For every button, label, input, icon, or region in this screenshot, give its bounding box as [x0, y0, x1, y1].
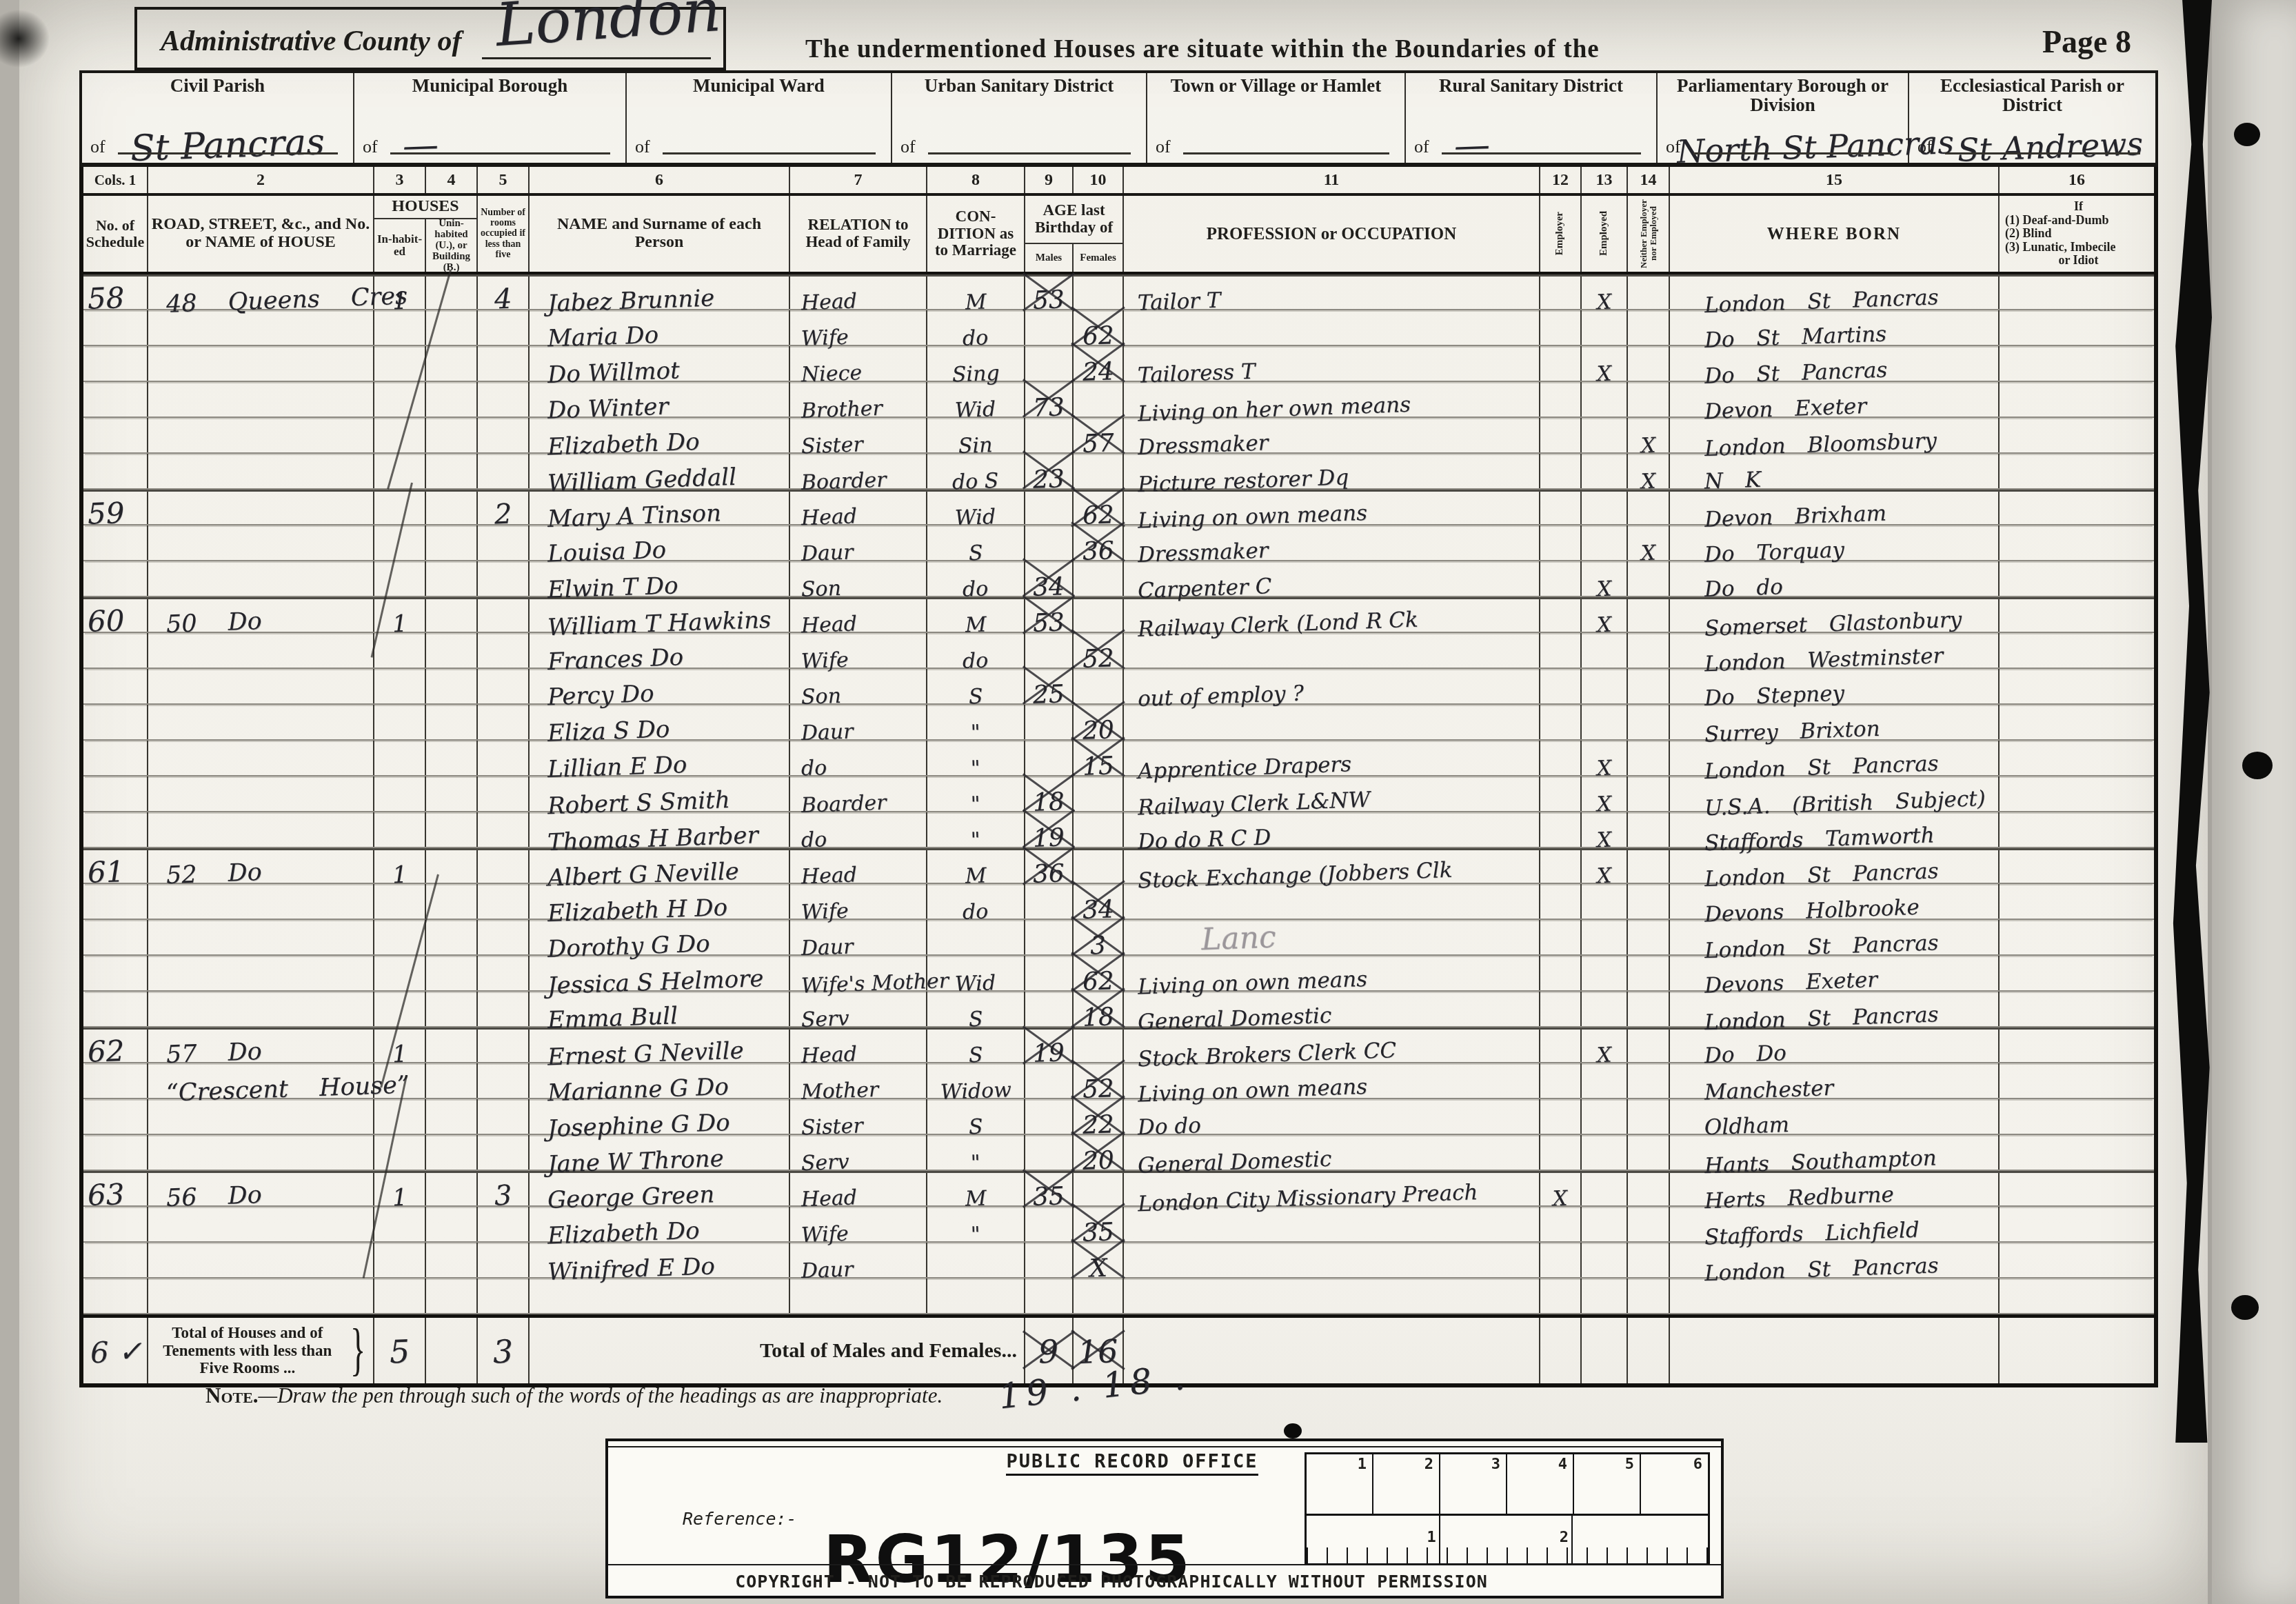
header-males: Males	[1025, 244, 1074, 272]
ruler-inch-cell: 6	[1641, 1454, 1708, 1514]
age-female	[1074, 812, 1124, 847]
age-male: 34	[1025, 561, 1074, 596]
marriage-condition: M	[927, 277, 1025, 309]
occupation: Living on own means	[1124, 1063, 1540, 1098]
relation-to-head	[790, 1279, 927, 1313]
infirmity-entry	[2000, 1030, 2154, 1062]
header-age-group: AGE last Birthday of	[1025, 196, 1124, 244]
hole-punch-dot	[2234, 123, 2260, 146]
schedule-number	[83, 633, 148, 668]
person-name: Robert S Smith	[530, 776, 790, 811]
rooms-count	[478, 418, 530, 452]
schedule-number	[83, 382, 148, 417]
schedule-number: 63	[83, 1173, 148, 1205]
rooms-count	[478, 1243, 530, 1277]
infirmity-entry	[2000, 956, 2154, 990]
header-schedule: No. of Schedule	[83, 196, 148, 272]
rooms-count	[478, 599, 530, 632]
where-born: N K	[1670, 454, 2000, 488]
employed-mark: X	[1582, 277, 1628, 309]
ruler-inch-cell: 1	[1307, 1454, 1373, 1514]
header-employed-text: Employed	[1599, 211, 1610, 256]
relation-to-head: Serv	[790, 1135, 927, 1170]
employer-mark	[1540, 705, 1582, 739]
rooms-count	[478, 633, 530, 668]
schedule-number	[83, 1243, 148, 1277]
age-female: 20	[1074, 705, 1124, 739]
uninhabited-mark	[426, 492, 478, 524]
page-number: Page 8	[2042, 23, 2131, 60]
marriage-condition: Wid	[927, 956, 1025, 990]
schedule-number: 61	[83, 850, 148, 883]
neither-mark	[1628, 492, 1670, 524]
schedule-number	[83, 1099, 148, 1134]
employed-mark	[1582, 956, 1628, 990]
inhabited-mark	[374, 382, 426, 417]
ruler-number: 3	[1491, 1456, 1500, 1473]
rooms-count	[478, 669, 530, 703]
road-name	[148, 633, 374, 668]
age-male	[1025, 1099, 1074, 1134]
where-born: London St Pancras	[1670, 277, 2000, 309]
district-label: Municipal Ward	[627, 76, 891, 95]
marriage-condition: S	[927, 1099, 1025, 1134]
relation-to-head: Head	[790, 599, 927, 632]
district-value: —	[1453, 128, 1491, 163]
inhabited-mark	[374, 812, 426, 847]
column-number-row: Cols. 1 2 3 4 5 6 7 8 9 10 11 12 13 14 1…	[83, 167, 2154, 196]
admin-county-value: London	[494, 0, 723, 54]
age-male: 73	[1025, 382, 1074, 417]
where-born: London Bloomsbury	[1670, 418, 2000, 452]
where-born: London St Pancras	[1670, 920, 2000, 954]
infirmity-entry	[2000, 776, 2154, 811]
table-row: Do Winter Brother Wid 73 Living on her o…	[83, 382, 2154, 418]
age-female: 62	[1074, 492, 1124, 524]
employer-mark	[1540, 1135, 1582, 1170]
uninhabited-mark	[426, 599, 478, 632]
ruler-number: 1	[1427, 1529, 1436, 1546]
inhabited-mark	[374, 1135, 426, 1170]
note-caption: Note.	[205, 1383, 259, 1407]
table-row: Jane W Throne Serv " 20 General Domestic…	[83, 1135, 2154, 1171]
pro-stamp-title-text: PUBLIC RECORD OFFICE	[1006, 1451, 1258, 1476]
totals-empty	[1628, 1318, 1670, 1383]
relation-to-head: Niece	[790, 346, 927, 381]
totals-empty	[1670, 1318, 2000, 1383]
employer-mark	[1540, 346, 1582, 381]
district-parliamentary: Parliamentary Borough or Division of Nor…	[1658, 73, 1909, 163]
rooms-count: 4	[478, 277, 530, 309]
age-female	[1074, 382, 1124, 417]
table-row: Dorothy G Do Daur 3 London St Pancras	[83, 920, 2154, 956]
occupation	[1124, 1207, 1540, 1241]
occupation: Living on own means	[1124, 492, 1540, 524]
employer-mark	[1540, 277, 1582, 309]
employed-mark	[1582, 1135, 1628, 1170]
road-name	[148, 418, 374, 452]
infirmity-entry	[2000, 812, 2154, 847]
person-name: Maria Do	[530, 310, 790, 345]
inhabited-mark	[374, 956, 426, 990]
uninhabited-mark	[426, 850, 478, 883]
totals-rooms-value: 3	[492, 1337, 514, 1368]
rooms-count: 2	[478, 492, 530, 524]
employed-mark: X	[1582, 599, 1628, 632]
neither-mark	[1628, 776, 1670, 811]
road-name	[148, 561, 374, 596]
age-female: 62	[1074, 310, 1124, 345]
employed-mark	[1582, 454, 1628, 488]
ruler-inch-cell: 4	[1507, 1454, 1574, 1514]
employed-mark: X	[1582, 561, 1628, 596]
where-born: Herts Redburne	[1670, 1173, 2000, 1205]
inhabited-mark	[374, 346, 426, 381]
where-born: Staffords Lichfield	[1670, 1207, 2000, 1241]
occupation	[1124, 310, 1540, 345]
person-name: Jabez Brunnie	[530, 277, 790, 309]
neither-mark	[1628, 382, 1670, 417]
road-name	[148, 956, 374, 990]
uninhabited-mark	[426, 669, 478, 703]
road-name	[148, 812, 374, 847]
marriage-condition: "	[927, 705, 1025, 739]
schedule-number	[83, 1207, 148, 1241]
where-born: Do Torquay	[1670, 525, 2000, 560]
district-label: Ecclesiastical Parish or District	[1909, 76, 2155, 114]
marriage-condition: M	[927, 1173, 1025, 1205]
col-number: 4	[426, 167, 478, 193]
where-born: Staffords Tamworth	[1670, 812, 2000, 847]
marriage-condition	[927, 1279, 1025, 1313]
infirmity-entry	[2000, 454, 2154, 488]
marriage-condition: "	[927, 1207, 1025, 1241]
where-born: Do Stepney	[1670, 669, 2000, 703]
header-rooms: Number of rooms occupied if less than fi…	[478, 196, 530, 272]
neither-mark	[1628, 1279, 1670, 1313]
neither-mark	[1628, 669, 1670, 703]
rooms-count	[478, 992, 530, 1026]
occupation: out of employ ?	[1124, 669, 1540, 703]
rooms-count	[478, 920, 530, 954]
of-prefix: of	[1917, 137, 1933, 157]
road-name: 50 Do	[148, 599, 374, 632]
road-name	[148, 884, 374, 919]
occupation	[1124, 920, 1540, 954]
inhabited-mark: 1	[374, 850, 426, 883]
col-number: 5	[478, 167, 530, 193]
rooms-count	[478, 1207, 530, 1241]
where-born: Hants Southampton	[1670, 1135, 2000, 1170]
age-female: 24	[1074, 346, 1124, 381]
inhabited-mark	[374, 1279, 426, 1313]
rooms-count	[478, 1099, 530, 1134]
schedule-number: 60	[83, 599, 148, 632]
neither-mark	[1628, 1207, 1670, 1241]
header-neither-text: Neither Employer nor Employed	[1639, 199, 1658, 269]
road-name: 52 Do	[148, 850, 374, 883]
rooms-count	[478, 776, 530, 811]
employer-mark	[1540, 525, 1582, 560]
age-male	[1025, 992, 1074, 1026]
age-male: 53	[1025, 277, 1074, 309]
where-born	[1670, 1279, 2000, 1313]
infirmity-entry	[2000, 633, 2154, 668]
scan-right-margin	[2212, 0, 2296, 1604]
uninhabited-mark	[426, 1279, 478, 1313]
infirmity-item: (3) Lunatic, Imbecile	[2005, 241, 2115, 254]
road-name	[148, 1207, 374, 1241]
road-name	[148, 1279, 374, 1313]
person-name: Percy Do	[530, 669, 790, 703]
marriage-condition: do	[927, 561, 1025, 596]
neither-mark	[1628, 1099, 1670, 1134]
marriage-condition: Widow	[927, 1063, 1025, 1098]
schedule-number	[83, 992, 148, 1026]
inhabited-mark	[374, 310, 426, 345]
employer-mark	[1540, 310, 1582, 345]
table-row: 58 48 Queens Cres 1 4 Jabez Brunnie Head…	[83, 274, 2154, 310]
age-male	[1025, 741, 1074, 775]
relation-to-head: Son	[790, 561, 927, 596]
schedule-number	[83, 346, 148, 381]
ruler-centimetres: 1 2	[1307, 1516, 1708, 1565]
rooms-count	[478, 454, 530, 488]
col-number: 2	[148, 167, 374, 193]
neither-mark	[1628, 812, 1670, 847]
employed-mark	[1582, 1063, 1628, 1098]
ruler-inch-cell: 5	[1574, 1454, 1641, 1514]
infirmity-entry	[2000, 884, 2154, 919]
employed-mark	[1582, 382, 1628, 417]
infirmity-entry	[2000, 1243, 2154, 1277]
employer-mark	[1540, 454, 1582, 488]
person-name: Elizabeth H Do	[530, 884, 790, 919]
where-born: London Westminster	[1670, 633, 2000, 668]
schedule-number	[83, 705, 148, 739]
district-underline	[1945, 152, 2140, 154]
uninhabited-mark	[426, 956, 478, 990]
district-label: Municipal Borough	[354, 76, 625, 95]
of-prefix: of	[90, 137, 105, 157]
header-employer: Employer	[1540, 196, 1582, 272]
totals-males-value: 9	[1038, 1337, 1060, 1368]
where-born: London St Pancras	[1670, 992, 2000, 1026]
occupation: Carpenter C	[1124, 561, 1540, 596]
marriage-condition: do	[927, 633, 1025, 668]
district-ecclesiastical: Ecclesiastical Parish or District of St …	[1909, 73, 2155, 163]
age-male	[1025, 1135, 1074, 1170]
totals-empty	[2000, 1318, 2154, 1383]
employed-mark	[1582, 418, 1628, 452]
age-female: 20	[1074, 1135, 1124, 1170]
age-male: 36	[1025, 850, 1074, 883]
occupation: General Domestic	[1124, 992, 1540, 1026]
relation-to-head: Head	[790, 1173, 927, 1205]
where-born: London St Pancras	[1670, 741, 2000, 775]
age-female	[1074, 1173, 1124, 1205]
col-number: 8	[927, 167, 1025, 193]
hole-punch-dot	[2242, 752, 2273, 779]
infirmity-item: or Idiot	[2058, 254, 2098, 267]
relation-to-head: Son	[790, 669, 927, 703]
totals-schedule: 6 ✓	[83, 1318, 148, 1383]
pencil-lanc-note: Lanc	[1200, 923, 1276, 954]
totals-brace: }	[350, 1318, 365, 1383]
col-number: 6	[530, 167, 790, 193]
district-value: St Pancras	[130, 126, 325, 166]
age-male: 23	[1025, 454, 1074, 488]
neither-mark	[1628, 884, 1670, 919]
inhabited-mark	[374, 1207, 426, 1241]
rooms-count	[478, 812, 530, 847]
infirmity-item: (1) Deaf-and-Dumb	[2005, 214, 2109, 227]
schedule-number	[83, 418, 148, 452]
district-town-village: Town or Village or Hamlet of	[1147, 73, 1406, 163]
neither-mark	[1628, 599, 1670, 632]
table-row: 59 2 Mary A Tinson Head Wid 62 Living on…	[83, 490, 2154, 525]
marriage-condition: do S	[927, 454, 1025, 488]
header-employer-text: Employer	[1555, 212, 1566, 255]
schedule-number	[83, 884, 148, 919]
person-name: Elizabeth Do	[530, 418, 790, 452]
uninhabited-mark	[426, 1243, 478, 1277]
table-row	[83, 1279, 2154, 1314]
inhabited-mark	[374, 884, 426, 919]
age-female	[1074, 1279, 1124, 1313]
marriage-condition: Wid	[927, 492, 1025, 524]
uninhabited-mark	[426, 741, 478, 775]
age-male: 53	[1025, 599, 1074, 632]
district-rural-sanitary: Rural Sanitary District of —	[1406, 73, 1658, 163]
rooms-count	[478, 741, 530, 775]
marriage-condition: M	[927, 850, 1025, 883]
infirmity-entry	[2000, 1099, 2154, 1134]
employer-mark	[1540, 992, 1582, 1026]
where-born: Devons Exeter	[1670, 956, 2000, 990]
census-scan-page: { "page": { "admin_label": "Administrati…	[0, 0, 2296, 1604]
where-born: Devons Holbrooke	[1670, 884, 2000, 919]
employed-mark	[1582, 492, 1628, 524]
where-born: Do St Pancras	[1670, 346, 2000, 381]
totals-houses-text: Total of Houses and of Tenements with le…	[148, 1324, 347, 1377]
person-name: Jessica S Helmore	[530, 956, 790, 990]
marriage-condition	[927, 920, 1025, 954]
where-born: Do St Martins	[1670, 310, 2000, 345]
hole-punch-dot	[2231, 1295, 2259, 1320]
road-name	[148, 1099, 374, 1134]
table-row: Jessica S Helmore Wife's Mother Wid 62 L…	[83, 956, 2154, 992]
age-female	[1074, 669, 1124, 703]
col-number: Cols. 1	[83, 167, 148, 193]
person-name: Lillian E Do	[530, 741, 790, 775]
schedule-number	[83, 920, 148, 954]
person-name: William T Hawkins	[530, 599, 790, 632]
header-females: Females	[1074, 244, 1124, 272]
ruler-inch-cell: 3	[1440, 1454, 1507, 1514]
marriage-condition: do	[927, 884, 1025, 919]
employer-mark	[1540, 418, 1582, 452]
marriage-condition: S	[927, 1030, 1025, 1062]
employer-mark	[1540, 599, 1582, 632]
infirmity-entry	[2000, 1279, 2154, 1313]
of-prefix: of	[1414, 137, 1429, 157]
age-male: 18	[1025, 776, 1074, 811]
uninhabited-mark	[426, 561, 478, 596]
road-name	[148, 382, 374, 417]
header-infirmity: If (1) Deaf-and-Dumb (2) Blind (3) Lunat…	[2000, 196, 2154, 272]
person-name: Ernest G Neville	[530, 1030, 790, 1062]
totals-uninhabited	[426, 1318, 478, 1383]
table-row: 63 56 Do 1 3 George Green Head M 35 Lond…	[83, 1171, 2154, 1207]
road-name	[148, 346, 374, 381]
table-row: 61 52 Do 1 Albert G Neville Head M 36 St…	[83, 848, 2154, 884]
infirmity-entry	[2000, 992, 2154, 1026]
rooms-count: 3	[478, 1173, 530, 1205]
employed-mark: X	[1582, 1030, 1628, 1062]
uninhabited-mark	[426, 1207, 478, 1241]
inhabited-mark	[374, 454, 426, 488]
rooms-count	[478, 1279, 530, 1313]
ruler-inches: 1 2 3 4 5 6	[1307, 1454, 1708, 1516]
relation-to-head: Sister	[790, 1099, 927, 1134]
relation-to-head: Mother	[790, 1063, 927, 1098]
header-road: ROAD, STREET, &c., and No. or NAME of HO…	[148, 196, 374, 272]
neither-mark	[1628, 1135, 1670, 1170]
occupation: Railway Clerk (Lond R Ck	[1124, 599, 1540, 632]
occupation: Tailoress T	[1124, 346, 1540, 381]
rooms-count	[478, 1063, 530, 1098]
of-prefix: of	[900, 137, 916, 157]
district-municipal-borough: Municipal Borough of —	[354, 73, 627, 163]
neither-mark	[1628, 310, 1670, 345]
relation-to-head: Head	[790, 492, 927, 524]
header-inhabited: In-habit-ed	[374, 219, 426, 272]
neither-mark	[1628, 992, 1670, 1026]
age-female: X	[1074, 1243, 1124, 1277]
district-label: Parliamentary Borough or Division	[1658, 76, 1908, 114]
occupation: Railway Clerk L&NW	[1124, 776, 1540, 811]
employer-mark	[1540, 920, 1582, 954]
rooms-count	[478, 956, 530, 990]
where-born: London St Pancras	[1670, 850, 2000, 883]
relation-to-head: Serv	[790, 992, 927, 1026]
neither-mark	[1628, 741, 1670, 775]
employer-mark	[1540, 956, 1582, 990]
employed-mark	[1582, 525, 1628, 560]
ruler-number: 1	[1358, 1456, 1367, 1473]
infirmity-entry	[2000, 741, 2154, 775]
uninhabited-mark	[426, 812, 478, 847]
employer-mark	[1540, 1063, 1582, 1098]
road-name	[148, 992, 374, 1026]
age-male	[1025, 492, 1074, 524]
infirmity-entry	[2000, 705, 2154, 739]
uninhabited-mark	[426, 920, 478, 954]
schedule-number	[83, 1135, 148, 1170]
relation-to-head: Boarder	[790, 454, 927, 488]
marriage-condition	[927, 1243, 1025, 1277]
marriage-condition: "	[927, 1135, 1025, 1170]
table-row: Elizabeth Do Sister Sin 57 Dressmaker X …	[83, 418, 2154, 454]
where-born: Manchester	[1670, 1063, 2000, 1098]
marriage-condition: Wid	[927, 382, 1025, 417]
age-female: 62	[1074, 956, 1124, 990]
census-table: Cols. 1 2 3 4 5 6 7 8 9 10 11 12 13 14 1…	[79, 167, 2158, 1387]
table-row: Do Willmot Niece Sing 24 Tailoress T X D…	[83, 346, 2154, 382]
table-row: Emma Bull Serv S 18 General Domestic Lon…	[83, 992, 2154, 1027]
occupation	[1124, 633, 1540, 668]
